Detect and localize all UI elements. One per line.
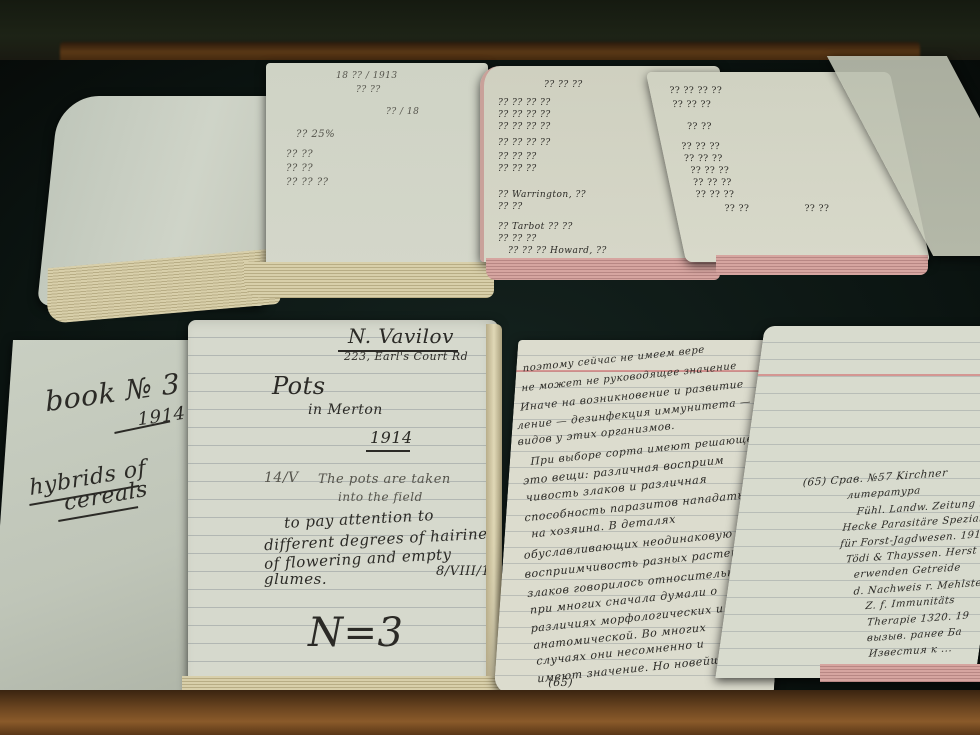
year-underline xyxy=(366,450,410,452)
handwritten-line: ?? ?? ?? Howard, ?? xyxy=(508,246,607,256)
museum-display-case: 18 ?? / 1913 ?? ?? ?? / 18 ?? 25% ?? ?? … xyxy=(0,0,980,735)
handwritten-line: ?? 25% xyxy=(296,129,335,140)
handwritten-line: ?? / 18 xyxy=(386,107,419,117)
notebook-top-left-right-edges xyxy=(244,262,494,298)
reference-line: вызыв. ранее Ба xyxy=(867,627,963,645)
note-line1: The pots are taken xyxy=(318,472,451,487)
handwritten-line: ?? ?? ?? ?? xyxy=(498,122,551,132)
note-date: 14/V xyxy=(264,470,299,486)
handwritten-line: ?? ?? ?? xyxy=(672,100,713,110)
author-address: 223, Earl's Court Rd xyxy=(344,350,468,363)
reference-line: erwenden Getreide xyxy=(853,562,961,580)
notebook-top-right-pink-edge xyxy=(716,255,928,275)
handwritten-line: ?? ?? ?? xyxy=(695,190,736,200)
handwritten-line: ?? ?? xyxy=(724,204,751,214)
reference-line: Известия к ... xyxy=(868,643,952,660)
handwritten-line: ?? ?? xyxy=(286,163,313,174)
reference-line: Therapie 1320. 19 xyxy=(867,610,970,628)
handwritten-line: ?? ?? xyxy=(498,202,523,212)
page-subheading-merton: in Merton xyxy=(308,402,383,418)
reference-line: Z. f. Immunitäts xyxy=(865,595,955,612)
handwritten-line: ?? Warrington, ?? xyxy=(498,190,586,200)
notebook-top-left-right-page: 18 ?? / 1913 ?? ?? ?? / 18 ?? 25% ?? ?? … xyxy=(266,63,488,278)
handwritten-line: 18 ?? / 1913 xyxy=(336,71,398,81)
notebook-references-pink-edge xyxy=(820,664,980,682)
handwritten-line: ?? ?? ?? xyxy=(498,152,537,162)
page-heading-pots: Pots xyxy=(272,372,326,400)
body-line4: glumes. xyxy=(264,570,327,588)
handwritten-line: ?? ?? xyxy=(286,149,313,160)
page-number: (65) xyxy=(548,676,574,689)
handwritten-line: ?? ?? ?? ?? xyxy=(498,98,551,108)
handwritten-line: ?? ?? ?? ?? xyxy=(498,138,551,148)
handwritten-line: ?? ?? xyxy=(686,122,713,132)
wooden-frame-front xyxy=(0,690,980,735)
handwritten-line: ?? ?? ?? xyxy=(498,164,537,174)
handwritten-line: ?? ?? xyxy=(804,204,831,214)
reference-line: (65) Срав. №57 Kirchner xyxy=(802,467,948,489)
page-year: 1914 xyxy=(370,428,413,447)
note-line2: into the field xyxy=(338,490,423,504)
notebook-cover-book-no-3: book № 3 1914 hybrids of cereals xyxy=(0,340,213,712)
reference-line: d. Nachweis r. Mehlster xyxy=(853,577,980,597)
reference-line: литература xyxy=(847,485,922,501)
handwritten-line: ?? ?? ?? xyxy=(692,178,733,188)
handwritten-line: ?? ?? ?? ?? xyxy=(498,110,551,120)
author-name: N. Vavilov xyxy=(348,324,454,348)
handwritten-line: ?? ?? xyxy=(356,85,381,95)
notebook-vavilov-page: N. Vavilov 223, Earl's Court Rd Pots in … xyxy=(188,320,498,692)
handwritten-heading: ?? ?? ?? xyxy=(544,80,583,90)
big-label-n3: N=3 xyxy=(308,610,403,656)
handwritten-line: ?? ?? ?? xyxy=(286,177,329,188)
handwritten-line: ?? ?? ?? xyxy=(683,154,724,164)
handwritten-line: ?? Tarbot ?? ?? xyxy=(498,222,573,232)
handwritten-line: ?? ?? ?? ?? xyxy=(669,86,724,96)
handwritten-line: ?? ?? ?? xyxy=(498,234,537,244)
handwritten-line: ?? ?? ?? xyxy=(681,142,722,152)
notebook-top-middle-pink-edge xyxy=(486,258,720,280)
handwritten-line: ?? ?? ?? xyxy=(690,166,731,176)
